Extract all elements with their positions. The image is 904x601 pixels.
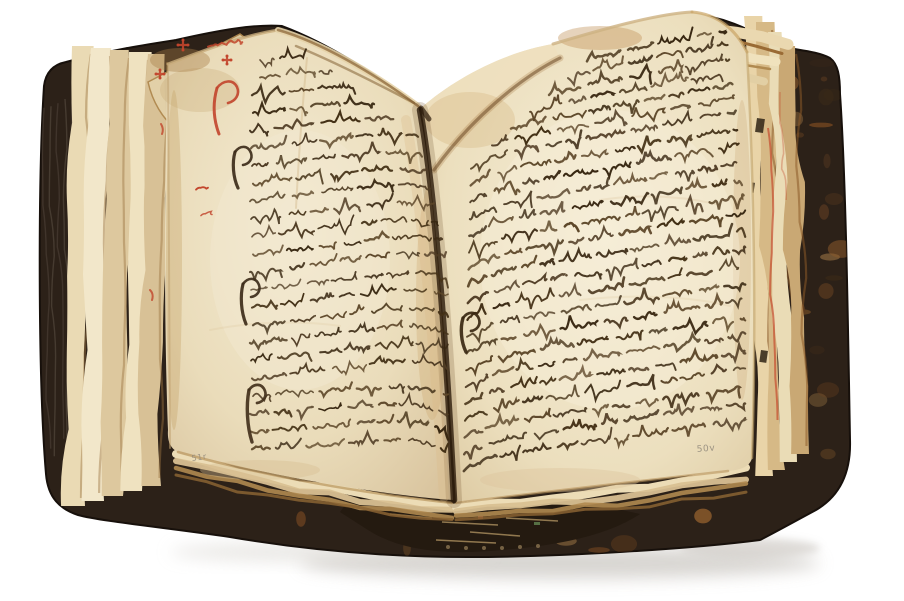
- book: 51r 50v: [40, 12, 854, 557]
- green-thread: [534, 522, 540, 525]
- page-stack-left: [61, 46, 168, 506]
- folio-number-right: 50v: [696, 443, 715, 455]
- manuscript-photo: 51r 50v: [0, 0, 904, 601]
